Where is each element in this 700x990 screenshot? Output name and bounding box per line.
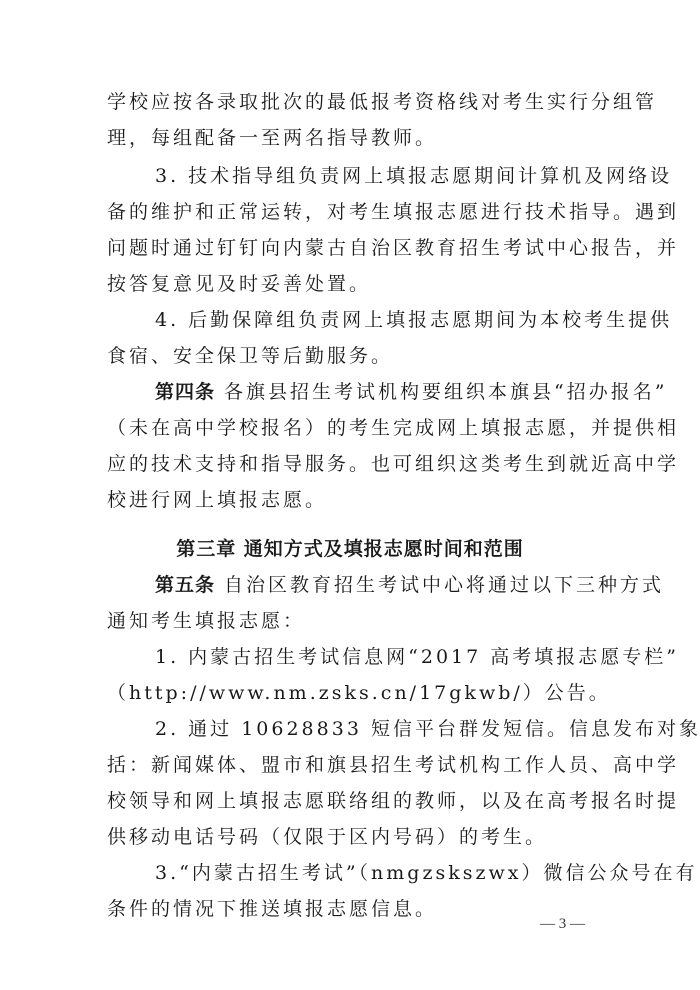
text-line: 校进行网上填报志愿。 (107, 485, 327, 515)
text-line: 3. 技术指导组负责网上填报志愿期间计算机及网络设 (155, 161, 591, 191)
text-line: 括：新闻媒体、盟市和旗县招生考试机构工作人员、高中学 (107, 750, 591, 780)
text-line: 食宿、安全保卫等后勤服务。 (107, 341, 393, 371)
text-line: 通知考生填报志愿： (107, 606, 305, 636)
text-line: 1. 内蒙古招生考试信息网“2017 高考填报志愿专栏” (155, 642, 591, 672)
text-line: 备的维护和正常运转，对考生填报志愿进行技术指导。遇到 (107, 197, 591, 227)
article-label: 第四条 (155, 381, 215, 403)
text-line: （未在高中学校报名）的考生完成网上填报志愿，并提供相 (107, 413, 591, 443)
text-line: （http://www.nm.zsks.cn/17gkwb/）公告。 (107, 678, 611, 708)
page-number: — 3 — (540, 912, 585, 936)
text-line: 校领导和网上填报志愿联络组的教师，以及在高考报名时提 (107, 786, 591, 816)
text-span: 自治区教育招生考试中心将通过以下三种方式 (215, 574, 664, 596)
document-page: 学校应按各录取批次的最低报考资格线对考生实行分组管 理，每组配备一至两名指导教师… (0, 0, 700, 990)
chapter-heading: 第三章 通知方式及填报志愿时间和范围 (0, 534, 700, 564)
article-4-first-line: 第四条 各旗县招生考试机构要组织本旗县“招办报名” (155, 377, 591, 407)
text-line: 理，每组配备一至两名指导教师。 (107, 123, 437, 153)
text-line: 条件的情况下推送填报志愿信息。 (107, 894, 437, 924)
text-span: 各旗县招生考试机构要组织本旗县“招办报名” (215, 381, 667, 403)
text-line: 应的技术支持和指导服务。也可组织这类考生到就近高中学 (107, 449, 591, 479)
text-line: 3.“内蒙古招生考试”（nmgzskszwx）微信公众号在有 (155, 858, 591, 888)
article-5-first-line: 第五条 自治区教育招生考试中心将通过以下三种方式 (155, 570, 591, 600)
text-line: 问题时通过钉钉向内蒙古自治区教育招生考试中心报告，并 (107, 233, 591, 263)
text-line: 4. 后勤保障组负责网上填报志愿期间为本校考生提供 (155, 305, 591, 335)
article-label: 第五条 (155, 574, 215, 596)
text-line: 学校应按各录取批次的最低报考资格线对考生实行分组管 (107, 87, 591, 117)
text-line: 2. 通过 10628833 短信平台群发短信。信息发布对象包 (155, 714, 591, 744)
text-line: 供移动电话号码（仅限于区内号码）的考生。 (107, 822, 547, 852)
text-line: 按答复意见及时妥善处置。 (107, 269, 371, 299)
